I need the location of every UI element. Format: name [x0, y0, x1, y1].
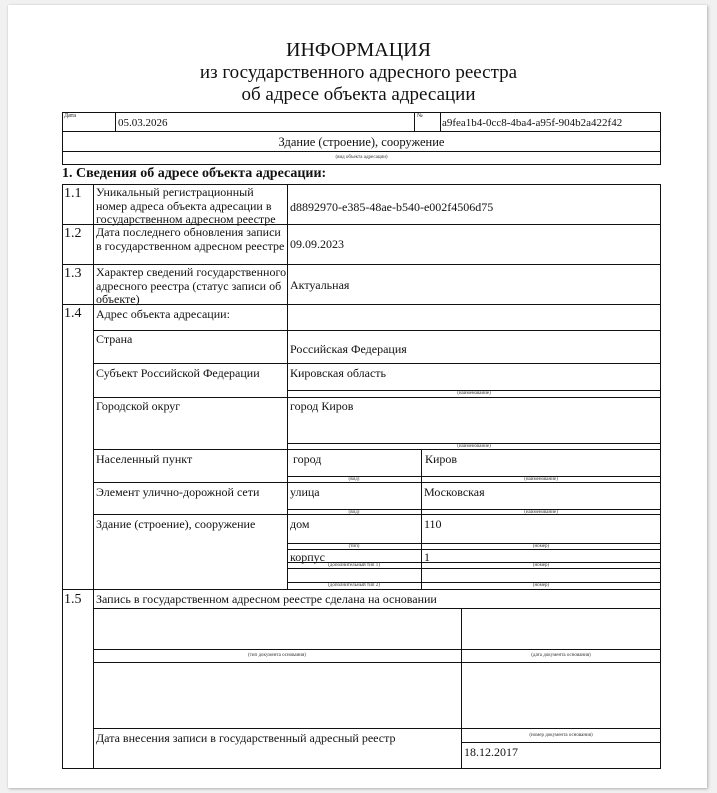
- caption-subject: (наименование): [287, 391, 661, 397]
- label-street: Элемент улично-дорожной сети: [96, 485, 259, 499]
- label-address: Адрес объекта адресации:: [96, 307, 230, 321]
- label-last-update: Дата последнего обновления записи в госу…: [96, 226, 286, 253]
- number-label: №: [417, 113, 423, 120]
- value-country: Российская Федерация: [290, 342, 407, 356]
- value-building-type: дом: [290, 517, 309, 531]
- document-title: ИНФОРМАЦИЯ: [0, 39, 717, 61]
- value-extra1-type: корпус: [290, 550, 325, 564]
- value-record-status: Актуальная: [290, 278, 349, 292]
- label-basis: Запись в государственном адресном реестр…: [96, 592, 437, 606]
- caption-extra1-type: (дополнительный тип 1): [287, 563, 421, 569]
- label-entry-date: Дата внесения записи в государственный а…: [96, 731, 396, 745]
- label-subject: Субъект Российской Федерации: [96, 366, 260, 380]
- caption-district: (наименование): [287, 444, 661, 450]
- value-subject: Кировская область: [290, 366, 386, 380]
- label-record-status: Характер сведений государственного адрес…: [96, 266, 288, 307]
- row-number-1-5: 1.5: [64, 592, 82, 608]
- caption-doc-type: (тип документа основания): [93, 653, 461, 659]
- value-entry-date: 18.12.2017: [464, 745, 518, 759]
- caption-doc-date: (дата документа основания): [461, 653, 661, 659]
- row-number-1-3: 1.3: [64, 266, 82, 282]
- value-last-update: 09.09.2023: [290, 237, 344, 251]
- caption-street-type: (вид): [287, 510, 421, 516]
- caption-extra2-type: (дополнительный тип 2): [287, 583, 421, 589]
- date-label: Дата: [64, 113, 76, 120]
- object-type: Здание (строение), сооружение: [62, 135, 661, 149]
- value-extra1-number: 1: [424, 550, 430, 564]
- value-street-name: Московская: [424, 485, 485, 499]
- caption-doc-number: (номер документа основания): [461, 733, 661, 739]
- object-type-caption: (вид объекта адресации): [62, 155, 661, 161]
- value-unique-reg-number: d8892970-e385-48ae-b540-e002f4506d75: [290, 200, 493, 214]
- value-building-number: 110: [424, 517, 442, 531]
- value-district: город Киров: [290, 399, 353, 413]
- number-value: a9fea1b4-0cc8-4ba4-a95f-904b2a422f42: [442, 116, 622, 130]
- row-number-1-2: 1.2: [64, 226, 82, 242]
- value-locality-name: Киров: [425, 452, 457, 466]
- label-country: Страна: [96, 332, 132, 346]
- label-building: Здание (строение), сооружение: [96, 517, 255, 531]
- label-unique-reg-number: Уникальный регистрационный номер адреса …: [96, 186, 286, 227]
- value-locality-type: город: [293, 452, 321, 466]
- document-subtitle-line2: об адресе объекта адресации: [0, 84, 717, 106]
- caption-building-number: (номер): [421, 544, 661, 550]
- value-street-type: улица: [290, 485, 320, 499]
- caption-street-name: (наименование): [421, 510, 661, 516]
- label-locality: Населенный пункт: [96, 452, 192, 466]
- row-number-1-4: 1.4: [64, 306, 82, 322]
- caption-extra2-number: (номер): [421, 583, 661, 589]
- document-subtitle-line1: из государственного адресного реестра: [0, 62, 717, 84]
- caption-extra1-number: (номер): [421, 563, 661, 569]
- label-district: Городской округ: [96, 399, 180, 413]
- caption-locality-type: (вид): [287, 477, 421, 483]
- caption-locality-name: (наименование): [421, 477, 661, 483]
- section-heading: 1. Сведения об адресе объекта адресации:: [62, 166, 326, 182]
- date-value: 05.03.2026: [118, 116, 168, 130]
- row-number-1-1: 1.1: [64, 186, 82, 202]
